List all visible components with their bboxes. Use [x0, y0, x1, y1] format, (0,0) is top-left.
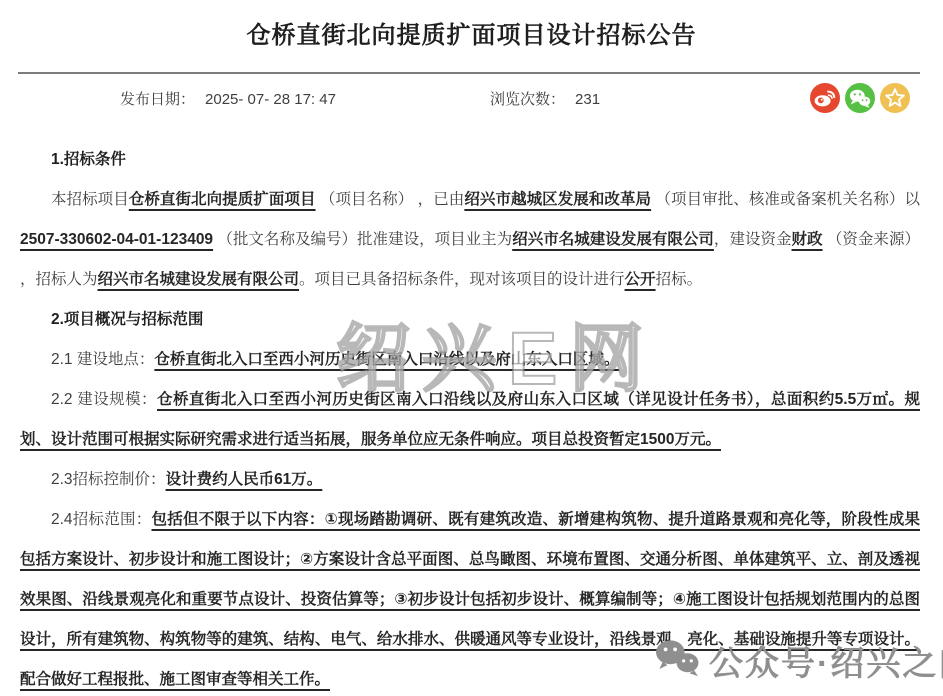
publish-date-label: 发布日期： [120, 91, 195, 108]
text-segment: 绍兴市越城区发展和改革局 [464, 191, 651, 208]
page: { "header": { "title": "仓桥直街北向提质扩面项目设计招标… [0, 0, 943, 696]
text-segment: 招标。 [656, 271, 703, 288]
text-segment: （项目名称） ，已由 [316, 191, 465, 208]
text-segment: 2.2 建设规模： [51, 391, 157, 408]
share-buttons [810, 83, 910, 113]
text-segment: 绍兴市名城建设发展有限公司 [98, 271, 300, 288]
paragraph: 本招标项目仓桥直街北向提质扩面项目 （项目名称） ，已由绍兴市越城区发展和改革局… [20, 180, 920, 300]
text-segment: 2.3招标控制价： [51, 471, 166, 488]
paragraph: 2.4招标范围：包括但不限于以下内容：①现场踏勘调研、既有建筑改造、新增建构筑物… [20, 500, 920, 696]
text-segment: 财政 [792, 231, 823, 248]
text-segment: 仓桥直街北入口至西小河历史街区南入口沿线以及府山东入口区域。 [154, 351, 619, 368]
text-segment: 。项目已具备招标条件，现对该项目的设计进行 [299, 271, 625, 288]
view-count: 浏览次数：231 [490, 88, 600, 109]
meta-bar: 发布日期：2025- 07- 28 17: 47 浏览次数：231 [0, 74, 943, 122]
text-segment: 仓桥直街北向提质扩面项目 [129, 191, 316, 208]
text-segment: 公开 [625, 271, 656, 288]
section-heading: 1.招标条件 [20, 140, 920, 180]
wechat-share-icon[interactable] [845, 83, 875, 113]
text-segment: 2.1 建设地点： [51, 351, 154, 368]
page-title: 仓桥直街北向提质扩面项目设计招标公告 [0, 0, 943, 52]
publish-date-value: 2025- 07- 28 17: 47 [205, 91, 336, 108]
text-segment: 设计费约人民币61万。 [166, 471, 323, 488]
weibo-share-icon[interactable] [810, 83, 840, 113]
text-segment: 1.招标条件 [51, 151, 126, 168]
qzone-share-icon[interactable] [880, 83, 910, 113]
text-segment: ，建设资金 [714, 231, 792, 248]
text-segment: 绍兴市名城建设发展有限公司 [512, 231, 714, 248]
text-segment: 包括但不限于以下内容：①现场踏勘调研、既有建筑改造、新增建构筑物、提升道路景观和… [20, 511, 920, 688]
text-segment: 2.4招标范围： [51, 511, 151, 528]
view-count-value: 231 [575, 91, 600, 108]
paragraph: 2.3招标控制价：设计费约人民币61万。 [20, 460, 920, 500]
text-segment: 本招标项目 [51, 191, 129, 208]
paragraph: 2.1 建设地点：仓桥直街北入口至西小河历史街区南入口沿线以及府山东入口区域。 [20, 340, 920, 380]
view-count-label: 浏览次数： [490, 91, 565, 108]
article-body: 1.招标条件本招标项目仓桥直街北向提质扩面项目 （项目名称） ，已由绍兴市越城区… [20, 140, 920, 696]
text-segment: 2.项目概况与招标范围 [51, 311, 203, 328]
text-segment: （批文名称及编号）批准建设，项目业主为 [213, 231, 512, 248]
paragraph: 2.2 建设规模：仓桥直街北入口至西小河历史街区南入口沿线以及府山东入口区域（详… [20, 380, 920, 460]
text-segment: 2507-330602-04-01-123409 [20, 231, 213, 248]
text-segment: （项目审批、核准或备案机关名称）以 [651, 191, 920, 208]
section-heading: 2.项目概况与招标范围 [20, 300, 920, 340]
publish-date: 发布日期：2025- 07- 28 17: 47 [120, 88, 336, 109]
